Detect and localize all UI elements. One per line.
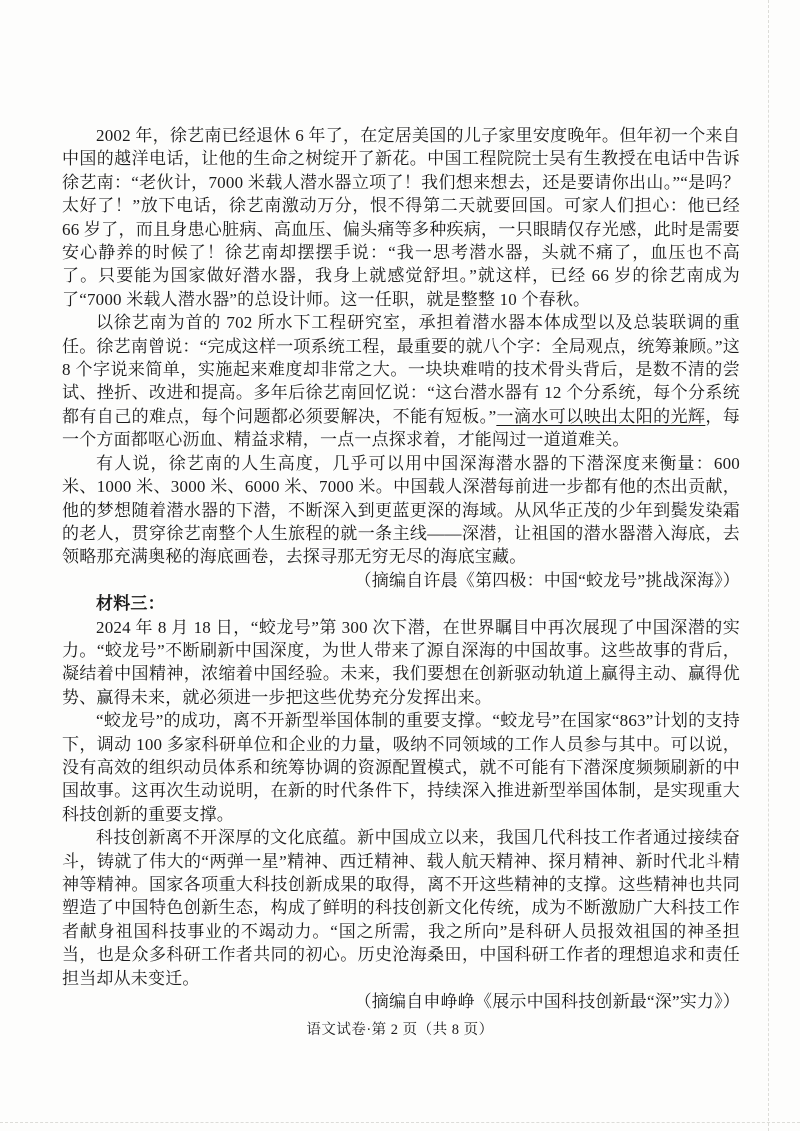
page-footer: 语文试卷·第 2 页（共 8 页） bbox=[0, 1019, 800, 1041]
source-attribution-material-2: （摘编自许晨《第四极：中国“蛟龙号”挑战深海》） bbox=[62, 569, 740, 592]
body-paragraph-2: 以徐艺南为首的 702 所水下工程研究室，承担着潜水器本体成型以及总装联调的重任… bbox=[62, 311, 740, 451]
body-paragraph-4: 2024 年 8 月 18 日，“蛟龙号”第 300 次下潜，在世界瞩目中再次展… bbox=[62, 616, 740, 710]
scan-edge-right bbox=[768, 0, 769, 1131]
exam-paper-page: 2002 年，徐艺南已经退休 6 年了，在定居美国的儿子家里安度晚年。但年初一个… bbox=[0, 0, 800, 1131]
scan-edge-bottom bbox=[0, 1122, 800, 1123]
body-paragraph-3: 有人说，徐艺南的人生高度，几乎可以用中国深海潜水器的下潜深度来衡量：600 米、… bbox=[62, 452, 740, 569]
reading-passage: 2002 年，徐艺南已经退休 6 年了，在定居美国的儿子家里安度晚年。但年初一个… bbox=[62, 124, 740, 1013]
body-paragraph-5: “蛟龙号”的成功，离不开新型举国体制的重要支撑。“蛟龙号”在国家“863”计划的… bbox=[62, 709, 740, 826]
underlined-phrase: 一滴水可以映出太阳的光辉 bbox=[496, 407, 705, 426]
source-attribution-material-3: （摘编自申峥峥《展示中国科技创新最“深”实力》） bbox=[62, 990, 740, 1013]
body-paragraph-6: 科技创新离不开深厚的文化底蕴。新中国成立以来，我国几代科技工作者通过接续奋斗，铸… bbox=[62, 826, 740, 990]
body-paragraph-1: 2002 年，徐艺南已经退休 6 年了，在定居美国的儿子家里安度晚年。但年初一个… bbox=[62, 124, 740, 311]
material-3-heading: 材料三： bbox=[62, 592, 740, 615]
